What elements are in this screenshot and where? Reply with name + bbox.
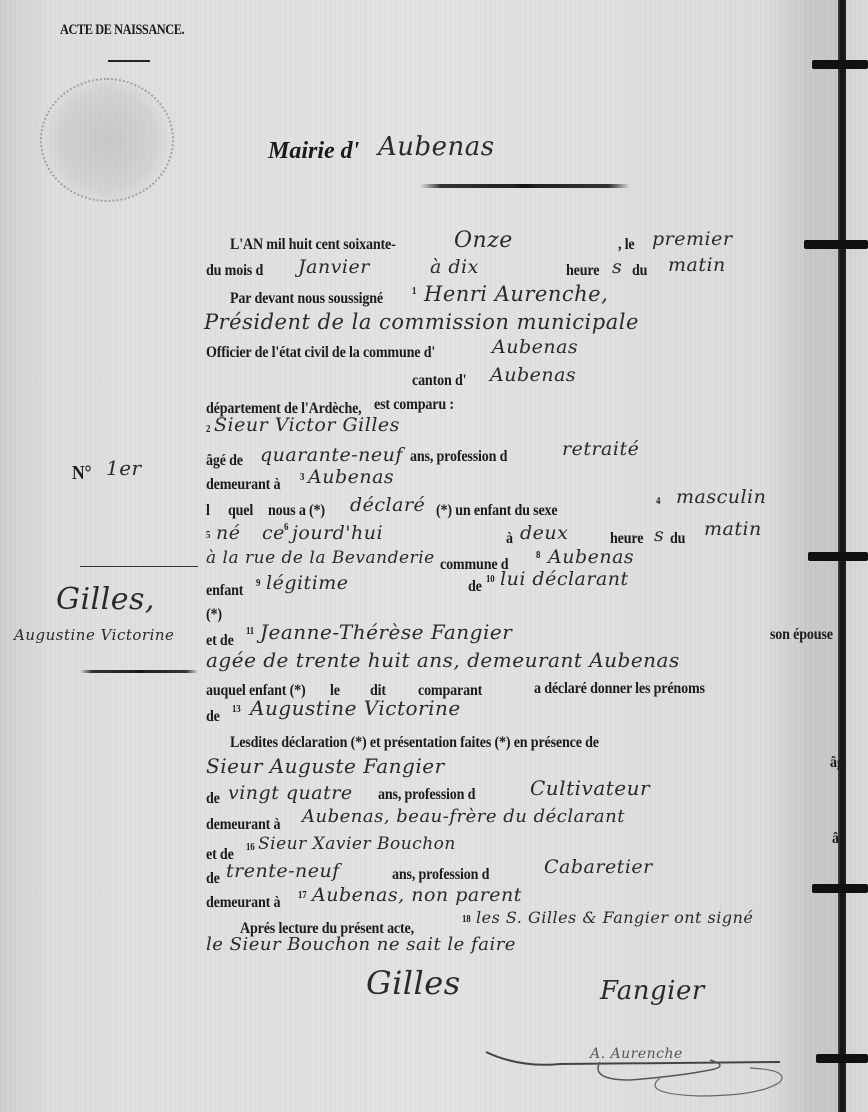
commune-value: Aubenas [492,336,578,358]
footnote-1: 1 [412,286,416,297]
entry-number-value: 1er [106,456,142,480]
margin-fragment-age: âg [830,754,844,772]
printed-quel: quel [228,502,253,520]
printed-ans-profession: ans, profession d [410,448,507,466]
header-ornament [420,184,630,188]
heure-plural-2: s [654,524,664,546]
closing-statement-2: le Sieur Bouchon ne sait le faire [206,934,516,955]
printed-nous-a: nous a (*) [268,502,325,520]
printed-son-epouse: son épouse [770,626,833,644]
birth-period: matin [704,518,762,540]
declared-value: déclaré [350,494,425,516]
date-prefix: ce [262,522,285,544]
witness2-residence: Aubenas, non parent [312,884,522,906]
binding-tab [812,884,868,893]
margin-ornament [80,670,198,673]
footnote-13: 13 [232,704,240,715]
margin-surname: Gilles, [56,582,155,617]
born-value: né [216,522,240,544]
footnote-2: 2 [206,424,210,435]
printed-year-prefix: L'AN mil huit cent soixante- [230,236,396,254]
printed-age-de: âgé de [206,452,243,470]
footnote-4: 4 [656,496,660,507]
printed-commune: commune d [440,556,508,574]
printed-enfant: enfant [206,582,243,600]
margin-fragment-a: â [832,830,839,848]
signature-fangier: Fangier [600,976,705,1006]
printed-demeurant-3: demeurant à [206,894,280,912]
printed-enfant-sexe: (*) un enfant du sexe [436,502,557,520]
declarant-age: quarante-neuf [260,444,403,466]
printed-le: , le [618,236,635,254]
binding-tab [812,60,868,69]
printed-par-devant: Par devant nous soussigné [230,290,383,308]
canton-value: Aubenas [490,364,576,386]
printed-a: à [506,530,513,548]
witness1-age: vingt quatre [228,782,353,804]
day-value: premier [652,228,732,250]
printed-ans-profession-3: ans, profession d [392,866,489,884]
heading-rule [108,60,150,62]
printed-canton: canton d' [412,372,466,390]
witness1-name: Sieur Auguste Fangier [206,754,445,778]
officer-name: Henri Aurenche, [424,282,608,306]
time-value: à dix [430,256,479,278]
printed-demeurant-2: demeurant à [206,816,280,834]
margin-given-names: Augustine Victorine [14,626,174,644]
footnote-18: 18 [462,914,470,925]
printed-de-2: de [206,708,220,726]
witness1-profession: Cultivateur [530,776,650,800]
printed-heure: heure [566,262,599,280]
officer-signature-flourish [480,1040,800,1100]
birth-address: à la rue de la Bevanderie [206,548,435,568]
mother-name: Jeanne-Thérèse Fangier [260,620,512,644]
month-value: Janvier [298,256,370,278]
printed-asterisk: (*) [206,606,222,624]
declarant-residence: Aubenas [308,466,394,488]
witness2-name: Sieur Xavier Bouchon [258,834,456,854]
printed-de: de [468,578,482,596]
year-value: Onze [454,228,513,253]
printed-ans-profession-2: ans, profession d [378,786,475,804]
child-status: légitime [266,572,349,594]
child-given-names: Augustine Victorine [250,696,461,720]
printed-lesdites: Lesdites déclaration (*) et présentation… [230,734,599,752]
closing-statement: les S. Gilles & Fangier ont signé [476,908,753,927]
signature-gilles: Gilles [366,964,461,1002]
printed-du: du [632,262,647,280]
mother-details: agée de trente huit ans, demeurant Auben… [206,648,680,672]
footnote-9: 9 [256,578,260,589]
footnote-16: 16 [246,842,254,853]
footnote-5: 5 [206,530,210,541]
child-sex: masculin [676,486,766,508]
footnote-6: 6 [284,522,288,533]
period-value: matin [668,254,726,276]
declarant-name: Sieur Victor Gilles [214,414,400,436]
footnote-11: 11 [246,626,254,637]
footnote-3: 3 [300,472,304,483]
birth-commune: Aubenas [548,546,634,568]
printed-l: l [206,502,210,520]
heure-plural: s [612,256,622,278]
birth-certificate-page: ACTE DE NAISSANCE. Mairie d' Aubenas N° … [0,0,868,1112]
printed-donner-prenoms: a déclaré donner les prénoms [534,680,705,698]
mairie-label: Mairie d' [268,138,359,165]
birth-date: jourd'hui [292,522,383,544]
binding-tab [816,1054,868,1063]
printed-est-comparu: est comparu : [374,396,454,414]
document-type-heading: ACTE DE NAISSANCE. [60,22,184,39]
binding-tab [804,240,868,249]
mairie-commune: Aubenas [378,132,495,162]
printed-demeurant: demeurant à [206,476,280,494]
official-seal-stamp [40,78,174,202]
declarant-profession: retraité [562,438,639,460]
printed-de-4: de [206,870,220,888]
margin-rule [80,566,198,567]
printed-officier: Officier de l'état civil de la commune d… [206,344,435,362]
witness2-profession: Cabaretier [544,856,653,878]
footnote-17: 17 [298,890,306,901]
printed-du-2: du [670,530,685,548]
witness2-age: trente-neuf [226,860,340,882]
footnote-10: 10 [486,574,494,585]
birth-hour: deux [520,522,568,544]
footnote-8: 8 [536,550,540,561]
printed-de-3: de [206,790,220,808]
officer-title: Président de la commission municipale [204,310,639,334]
entry-number-label: N° [72,462,91,485]
printed-month-label: du mois d [206,262,263,280]
witness1-residence: Aubenas, beau-frère du déclarant [302,806,625,827]
father-value: lui déclarant [500,568,629,590]
binding-tab [808,552,868,561]
